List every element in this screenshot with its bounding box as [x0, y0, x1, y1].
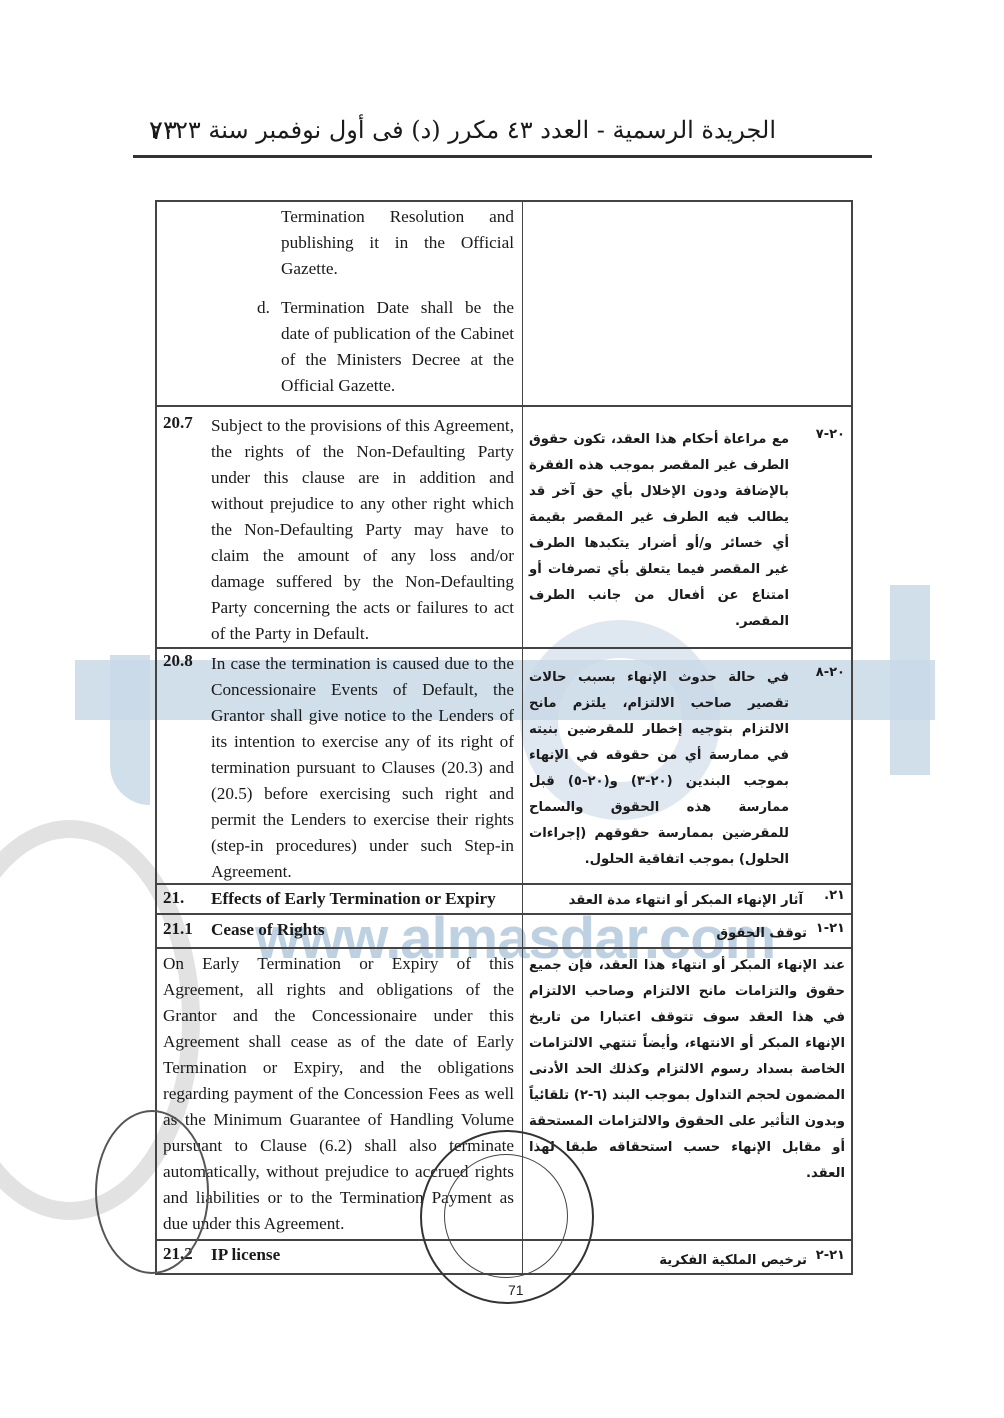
- clause-text: Termination Resolution and publishing it…: [281, 204, 514, 282]
- clause-number-ar: ٢١-٢: [816, 1248, 845, 1263]
- english-cell: 20.7 Subject to the provisions of this A…: [157, 407, 523, 647]
- table-row: On Early Termination or Expiry of this A…: [155, 947, 853, 1239]
- clause-heading: Cease of Rights: [211, 917, 325, 943]
- english-cell: 21. Effects of Early Termination or Expi…: [157, 885, 523, 913]
- clause-text: In case the termination is caused due to…: [211, 651, 514, 885]
- arabic-cell: ٢١-١ توقف الحقوق: [523, 915, 851, 947]
- english-cell: 21.1 Cease of Rights: [157, 915, 523, 947]
- table-row: 21. Effects of Early Termination or Expi…: [155, 883, 853, 913]
- clause-heading: IP license: [211, 1242, 280, 1268]
- watermark-logo-stroke-right: [890, 585, 930, 775]
- arabic-cell: ٢١. آثار الإنهاء المبكر أو انتهاء مدة ال…: [523, 885, 851, 913]
- clause-number: 20.8: [163, 651, 193, 671]
- english-cell: Termination Resolution and publishing it…: [157, 202, 523, 405]
- arabic-cell: عند الإنهاء المبكر أو انتهاء هذا العقد، …: [523, 949, 851, 1239]
- clause-text-ar: مع مراعاة أحكام هذا العقد، تكون حقوق الط…: [529, 427, 789, 635]
- page-header: ٧٣ الجريدة الرسمية - العدد ٤٣ مكرر (د) ف…: [135, 112, 870, 152]
- english-cell: 21.2 IP license: [157, 1241, 523, 1273]
- clause-number-ar: ٢١-١: [816, 921, 845, 936]
- clause-number-ar: ٢٠-٨: [816, 665, 845, 680]
- section-heading: Effects of Early Termination or Expiry: [211, 886, 496, 912]
- table-row: 20.8 In case the termination is caused d…: [155, 647, 853, 883]
- clause-number: 20.7: [163, 413, 193, 433]
- clause-text-ar: عند الإنهاء المبكر أو انتهاء هذا العقد، …: [529, 953, 845, 1187]
- table-row: 21.1 Cease of Rights ٢١-١ توقف الحقوق: [155, 913, 853, 947]
- clause-heading-ar: توقف الحقوق: [716, 921, 807, 947]
- arabic-cell: ٢١-٢ ترخيص الملكية الفكرية: [523, 1241, 851, 1273]
- arabic-cell: ٢٠-٨ في حالة حدوث الإنهاء بسبب حالات تقص…: [523, 649, 851, 883]
- section-number-ar: ٢١.: [824, 888, 845, 903]
- arabic-cell: ٢٠-٧ مع مراعاة أحكام هذا العقد، تكون حقو…: [523, 407, 851, 647]
- section-heading-ar: آثار الإنهاء المبكر أو انتهاء مدة العقد: [569, 888, 803, 914]
- english-cell: On Early Termination or Expiry of this A…: [157, 949, 523, 1239]
- clause-number-ar: ٢٠-٧: [816, 427, 845, 442]
- table-row: Termination Resolution and publishing it…: [155, 200, 853, 405]
- table-row: 21.2 IP license ٢١-٢ ترخيص الملكية الفكر…: [155, 1239, 853, 1275]
- clause-heading-ar: ترخيص الملكية الفكرية: [659, 1248, 807, 1274]
- section-number: 21.: [163, 888, 184, 908]
- clause-item-d: Termination Date shall be the date of pu…: [281, 295, 514, 399]
- clause-number: 21.1: [163, 919, 193, 939]
- clause-text-ar: في حالة حدوث الإنهاء بسبب حالات تقصير صا…: [529, 665, 789, 873]
- watermark-logo-stroke-left: [110, 655, 150, 805]
- english-cell: 20.8 In case the termination is caused d…: [157, 649, 523, 883]
- arabic-cell: [523, 202, 851, 405]
- clause-number: 21.2: [163, 1244, 193, 1264]
- clause-text: On Early Termination or Expiry of this A…: [163, 951, 514, 1237]
- header-divider: [133, 155, 872, 158]
- clause-text: Subject to the provisions of this Agreem…: [211, 413, 514, 647]
- list-marker-d: d.: [257, 295, 270, 321]
- gazette-title: الجريدة الرسمية - العدد ٤٣ مكرر (د) فى أ…: [149, 116, 776, 144]
- seal-number: 71: [508, 1282, 524, 1298]
- table-row: 20.7 Subject to the provisions of this A…: [155, 405, 853, 647]
